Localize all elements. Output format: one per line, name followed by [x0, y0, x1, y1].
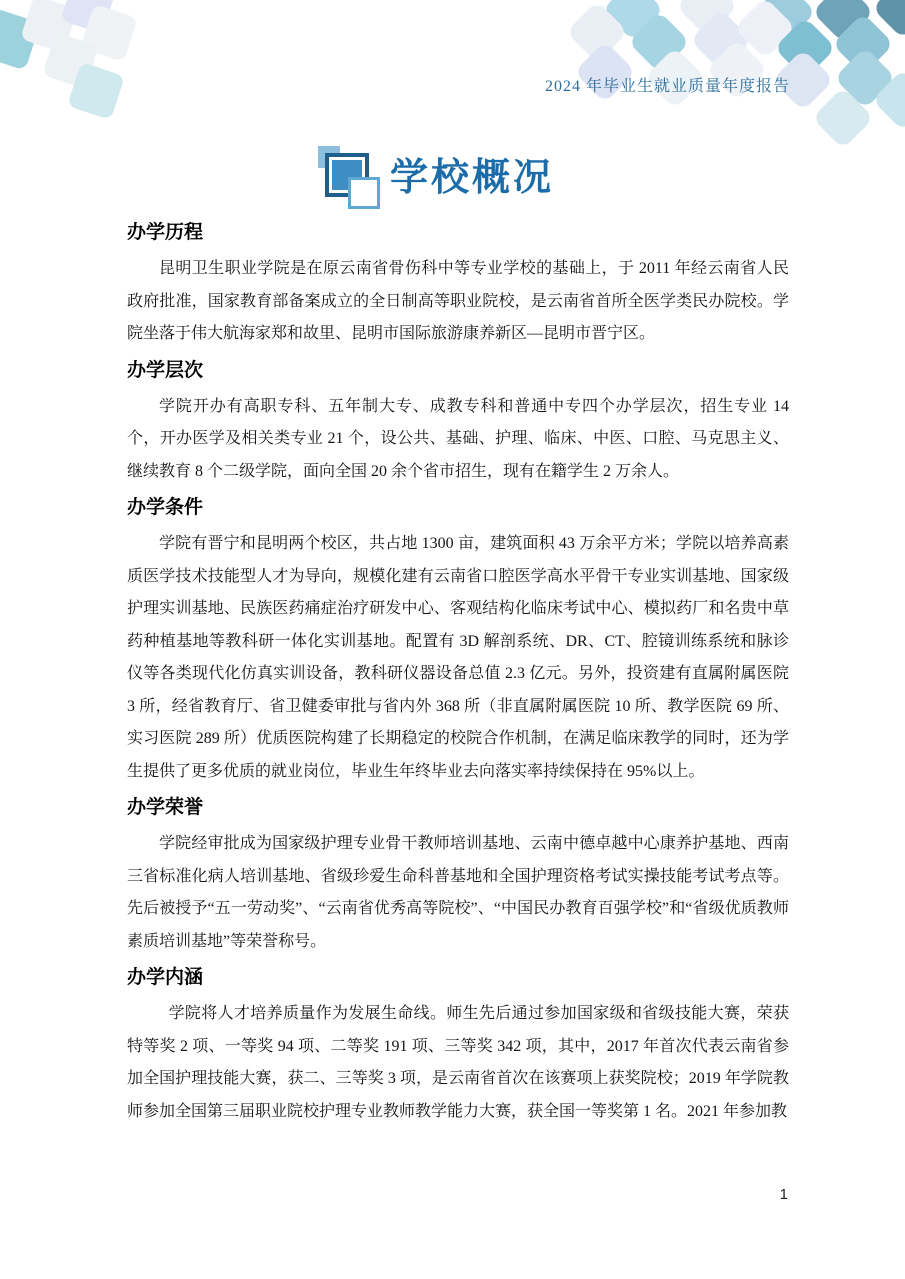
- document-page: { "header": { "report_title": "2024 年毕业生…: [0, 0, 905, 1279]
- page-number: 1: [780, 1186, 788, 1203]
- decor-square: [812, 0, 874, 43]
- decor-square: [832, 13, 894, 75]
- section-heading: 办学条件: [127, 495, 789, 521]
- section: 办学内涵学院将人才培养质量作为发展生命线。师生先后通过参加国家级和省级技能大赛，…: [127, 965, 789, 1128]
- decor-square: [67, 62, 125, 120]
- section-paragraph: 学院开办有高职专科、五年制大专、成教专科和普通中专四个办学层次，招生专业 14 …: [127, 391, 789, 489]
- section-paragraph: 学院将人才培养质量作为发展生命线。师生先后通过参加国家级和省级技能大赛，荣获特等…: [127, 998, 789, 1128]
- section: 办学层次学院开办有高职专科、五年制大专、成教专科和普通中专四个办学层次，招生专业…: [127, 358, 789, 489]
- section-heading: 办学内涵: [127, 965, 789, 991]
- decor-square: [20, 0, 78, 53]
- section: 办学荣誉学院经审批成为国家级护理专业骨干教师培训基地、云南中德卓越中心康养护基地…: [127, 795, 789, 958]
- section-paragraph: 昆明卫生职业学院是在原云南省骨伤科中等专业学校的基础上，于 2011 年经云南省…: [127, 253, 789, 351]
- section-heading: 办学层次: [127, 358, 789, 384]
- section: 办学条件学院有晋宁和昆明两个校区，共占地 1300 亩，建筑面积 43 万余平方…: [127, 495, 789, 788]
- decor-square: [812, 87, 874, 149]
- section-paragraph: 学院经审批成为国家级护理专业骨干教师培训基地、云南中德卓越中心康养护基地、西南三…: [127, 828, 789, 958]
- section-paragraph: 学院有晋宁和昆明两个校区，共占地 1300 亩，建筑面积 43 万余平方米；学院…: [127, 528, 789, 788]
- section-heading: 办学荣誉: [127, 795, 789, 821]
- decor-square: [872, 69, 905, 131]
- decor-square: [0, 7, 41, 70]
- decor-square: [834, 47, 896, 109]
- decor-square: [42, 32, 99, 89]
- decor-square: [872, 0, 905, 39]
- section: 办学历程昆明卫生职业学院是在原云南省骨伤科中等专业学校的基础上，于 2011 年…: [127, 220, 789, 351]
- section-heading: 办学历程: [127, 220, 789, 246]
- document-body: 办学历程昆明卫生职业学院是在原云南省骨伤科中等专业学校的基础上，于 2011 年…: [127, 0, 789, 1135]
- decor-square: [60, 0, 115, 34]
